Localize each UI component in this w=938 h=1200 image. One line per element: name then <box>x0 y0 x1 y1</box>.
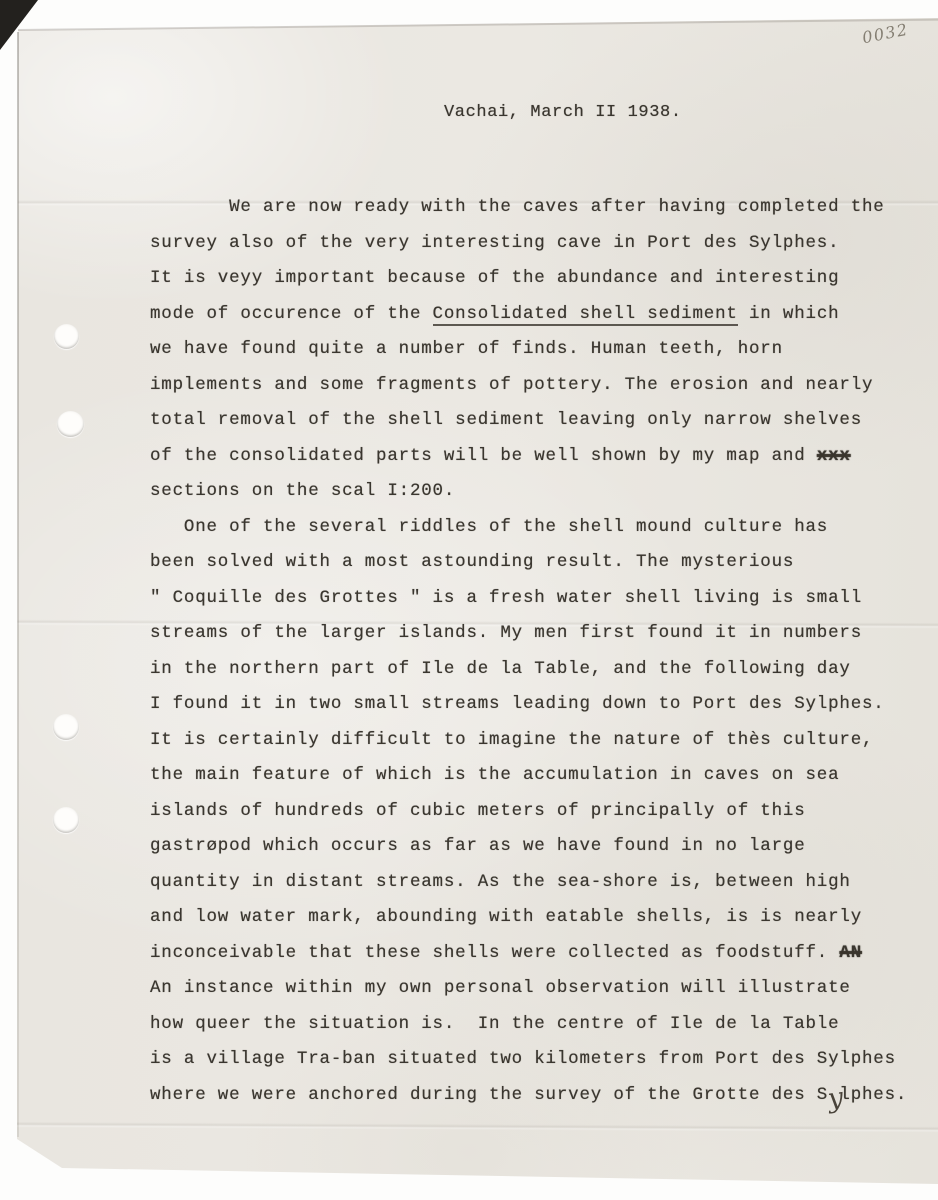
dateline: Vachai, March II 1938. <box>444 103 682 122</box>
typed-line: and low water mark, abounding with eatab… <box>150 900 910 936</box>
typed-line: in the northern part of Ile de la Table,… <box>150 652 910 688</box>
typed-line: islands of hundreds of cubic meters of p… <box>150 794 910 830</box>
typed-line: quantity in distant streams. As the sea-… <box>150 865 910 901</box>
typed-line: how queer the situation is. In the centr… <box>150 1007 910 1043</box>
typed-line: implements and some fragments of pottery… <box>150 368 910 404</box>
typed-line: inconceivable that these shells were col… <box>150 936 910 972</box>
typed-line: mode of occurence of the Consolidated sh… <box>150 297 910 333</box>
letter-page: 0032 Vachai, March II 1938. We are now r… <box>0 0 938 1200</box>
page-number-annotation: 0032 <box>861 20 910 48</box>
punch-hole <box>53 714 79 740</box>
punch-hole <box>54 324 79 349</box>
typed-line: survey also of the very interesting cave… <box>150 226 910 262</box>
typed-text: We are now ready with the caves after ha… <box>150 190 910 1113</box>
typed-line: One of the several riddles of the shell … <box>150 510 910 546</box>
fold-crease <box>0 1122 938 1133</box>
typed-line: sections on the scal I:200. <box>150 474 910 510</box>
typed-line: been solved with a most astounding resul… <box>150 545 910 581</box>
paper-edge <box>17 32 19 1137</box>
typed-line: I found it in two small streams leading … <box>150 687 910 723</box>
typed-line: the main feature of which is the accumul… <box>150 758 910 794</box>
typed-line: is a village Tra-ban situated two kilome… <box>150 1042 910 1078</box>
typed-line: It is veyy important because of the abun… <box>150 261 910 297</box>
typed-line: of the consolidated parts will be well s… <box>150 439 910 475</box>
typed-line: We are now ready with the caves after ha… <box>150 190 910 226</box>
typed-line: where we were anchored during the survey… <box>150 1078 910 1114</box>
typed-line: total removal of the shell sediment leav… <box>150 403 910 439</box>
punch-hole <box>57 411 84 437</box>
typed-line: " Coquille des Grottes " is a fresh wate… <box>150 581 910 617</box>
typed-line: gastrøpod which occurs as far as we have… <box>150 829 910 865</box>
typed-line: streams of the larger islands. My men fi… <box>150 616 910 652</box>
typed-line: It is certainly difficult to imagine the… <box>150 723 910 759</box>
typed-line: An instance within my own personal obser… <box>150 971 910 1007</box>
typed-line: we have found quite a number of finds. H… <box>150 332 910 368</box>
punch-hole <box>53 807 79 833</box>
